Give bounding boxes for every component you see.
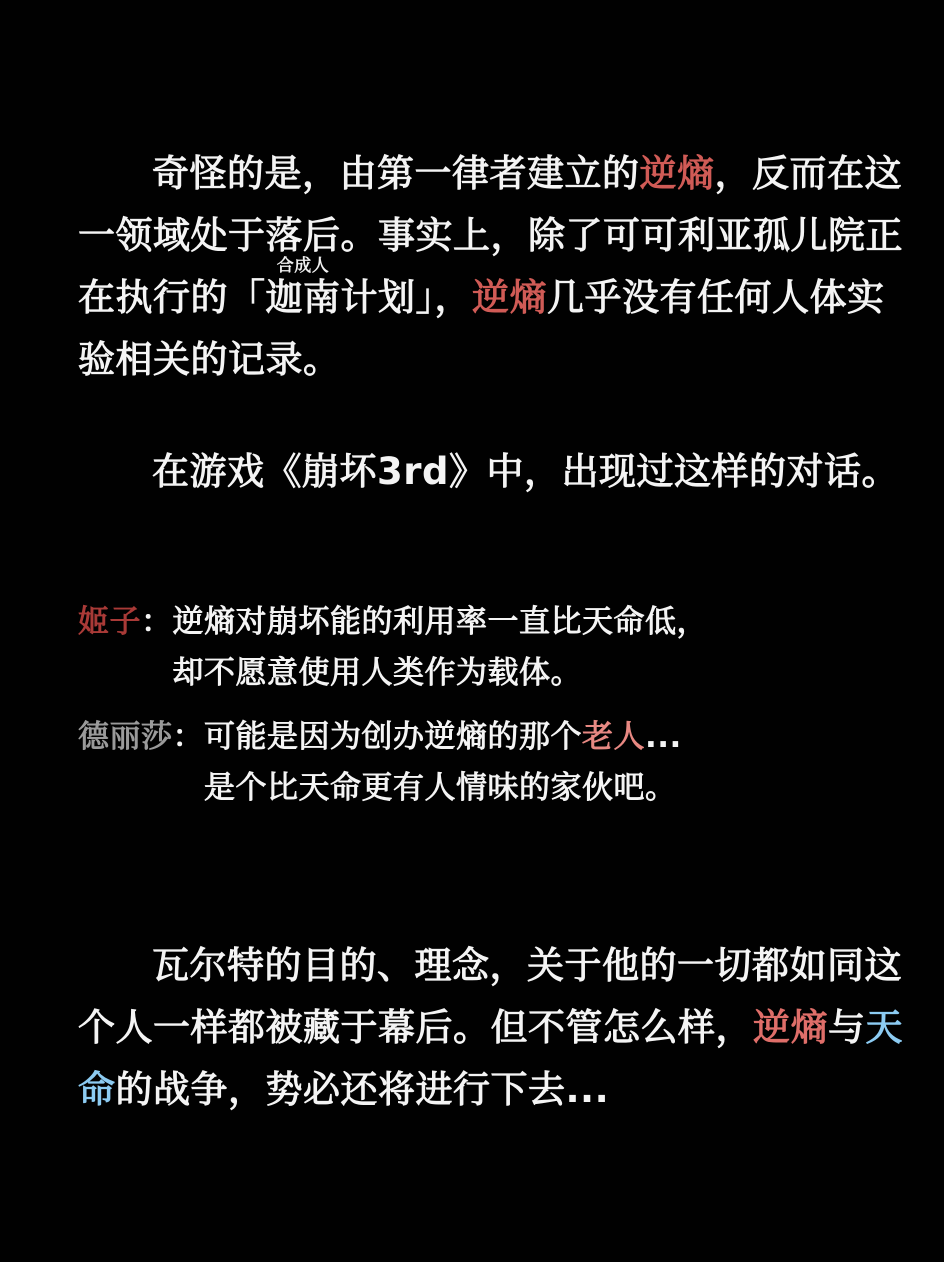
text-segment: 一领域处于落后。事实上，除了可可利亚孤儿院正	[78, 214, 903, 257]
text-segment: 验相关的记录。	[78, 338, 341, 381]
dialog-speaker-block: 姬子：	[78, 597, 173, 699]
text-segment: 奇怪的是，由第一律者建立的	[152, 152, 640, 195]
paragraph-anti-entropy-intro: 奇怪的是，由第一律者建立的逆熵，反而在这 一领域处于落后。事实上，除了可可利亚孤…	[78, 143, 866, 391]
dialog-theresa: 德丽莎： 可能是因为创办逆熵的那个老人... 是个比天命更有人情味的家伙吧。	[78, 712, 866, 814]
dialog1-line2: 却不愿意使用人类作为载体。	[173, 648, 709, 699]
paragraph3-line2: 个人一样都被藏于幕后。但不管怎么样，逆熵与天	[78, 997, 866, 1059]
ruby-base: 迦南	[266, 276, 341, 319]
text-content: 奇怪的是，由第一律者建立的逆熵，反而在这 一领域处于落后。事实上，除了可可利亚孤…	[78, 0, 866, 1121]
dialog2-line1: 可能是因为创办逆熵的那个老人...	[204, 712, 682, 763]
paragraph3-line3: 命的战争，势必还将进行下去...	[78, 1059, 866, 1121]
dialog2-line2: 是个比天命更有人情味的家伙吧。	[204, 763, 682, 814]
text-segment: 可能是因为创办逆熵的那个	[204, 719, 582, 755]
text-segment: 的战争，势必还将进行下去...	[116, 1068, 610, 1111]
annotated-term-canaan: 合成人迦南	[266, 267, 341, 329]
text-segment: 计划」，	[341, 276, 473, 319]
paragraph1-line1: 奇怪的是，由第一律者建立的逆熵，反而在这	[78, 143, 866, 205]
paragraph3-line1: 瓦尔特的目的、理念，关于他的一切都如同这	[78, 935, 866, 997]
text-segment: 与	[828, 1006, 866, 1049]
caption-slide: 奇怪的是，由第一律者建立的逆熵，反而在这 一领域处于落后。事实上，除了可可利亚孤…	[0, 0, 944, 1262]
highlight-old-man: 老人	[582, 719, 645, 755]
text-segment: ，反而在这	[715, 152, 903, 195]
paragraph1-line4: 验相关的记录。	[78, 329, 866, 391]
dialog-text-block: 可能是因为创办逆熵的那个老人... 是个比天命更有人情味的家伙吧。	[204, 712, 682, 814]
highlight-anti-entropy: 逆熵	[640, 152, 715, 195]
speaker-name-himeko: 姬子	[78, 604, 141, 640]
dialog1-line1: 逆熵对崩坏能的利用率一直比天命低，	[173, 597, 709, 648]
paragraph2-line1: 在游戏《崩坏3rd》中，出现过这样的对话。	[78, 441, 866, 503]
paragraph-game-dialog-intro: 在游戏《崩坏3rd》中，出现过这样的对话。	[78, 441, 866, 503]
text-segment: 瓦尔特的目的、理念，关于他的一切都如同这	[152, 944, 902, 987]
highlight-schicksal: 天	[866, 1006, 904, 1049]
text-segment: ...	[645, 719, 682, 755]
paragraph-welt-conclusion: 瓦尔特的目的、理念，关于他的一切都如同这 个人一样都被藏于幕后。但不管怎么样，逆…	[78, 935, 866, 1121]
dialog-text-block: 逆熵对崩坏能的利用率一直比天命低， 却不愿意使用人类作为载体。	[173, 597, 709, 699]
text-segment: 在游戏《崩坏3rd》中，出现过这样的对话。	[152, 450, 899, 493]
highlight-schicksal: 命	[78, 1068, 116, 1111]
paragraph1-line2: 一领域处于落后。事实上，除了可可利亚孤儿院正	[78, 205, 866, 267]
paragraph1-line3: 在执行的「合成人迦南计划」，逆熵几乎没有任何人体实	[78, 267, 866, 329]
speaker-colon: ：	[141, 604, 173, 640]
speaker-name-theresa: 德丽莎	[78, 719, 173, 755]
highlight-anti-entropy: 逆熵	[472, 276, 547, 319]
text-segment: 在执行的「	[78, 276, 266, 319]
dialog-himeko: 姬子： 逆熵对崩坏能的利用率一直比天命低， 却不愿意使用人类作为载体。	[78, 597, 866, 699]
speaker-colon: ：	[173, 719, 205, 755]
highlight-anti-entropy: 逆熵	[753, 1006, 828, 1049]
text-segment: 几乎没有任何人体实	[547, 276, 885, 319]
dialog-speaker-block: 德丽莎：	[78, 712, 204, 814]
text-segment: 个人一样都被藏于幕后。但不管怎么样，	[78, 1006, 753, 1049]
ruby-annotation-synthetic-human: 合成人	[277, 258, 330, 275]
